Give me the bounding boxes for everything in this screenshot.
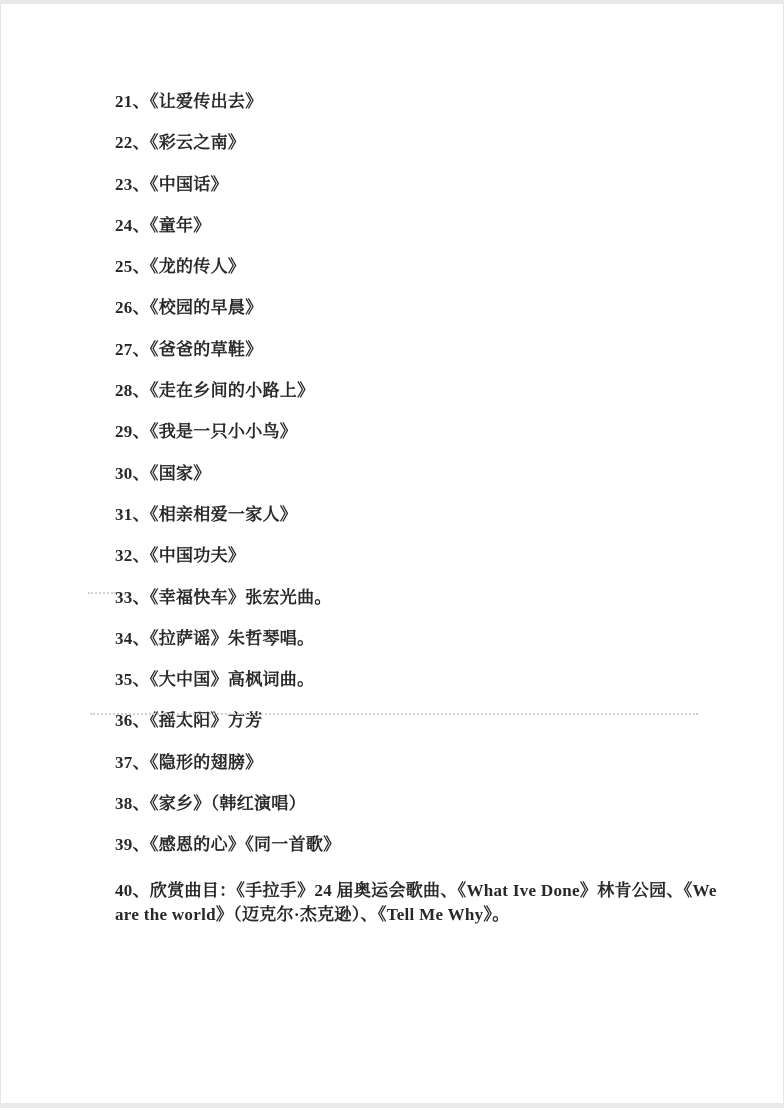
scan-artifact-dotted-line-long — [90, 713, 698, 715]
song-list: 21、《让爱传出去》 22、《彩云之南》 23、《中国话》 24、《童年》 25… — [1, 4, 783, 927]
list-item-25: 25、《龙的传人》 — [115, 259, 783, 275]
list-item-24: 24、《童年》 — [115, 218, 783, 234]
list-item-36: 36、《摇太阳》方芳 — [115, 713, 783, 729]
document-canvas: 21、《让爱传出去》 22、《彩云之南》 23、《中国话》 24、《童年》 25… — [0, 0, 784, 1108]
list-item-23: 23、《中国话》 — [115, 177, 783, 193]
list-item-35: 35、《大中国》高枫词曲。 — [115, 672, 783, 688]
list-item-40: 40、欣赏曲目：《手拉手》24 届奥运会歌曲、《What Ive Done》林肯… — [115, 879, 783, 927]
list-item-40-line-2: are the world》（迈克尔·杰克逊）、《Tell Me Why》。 — [115, 903, 783, 927]
list-item-40-line-1: 40、欣赏曲目：《手拉手》24 届奥运会歌曲、《What Ive Done》林肯… — [115, 879, 783, 903]
list-item-31: 31、《相亲相爱一家人》 — [115, 507, 783, 523]
list-item-26: 26、《校园的早晨》 — [115, 300, 783, 316]
list-item-27: 27、《爸爸的草鞋》 — [115, 342, 783, 358]
list-item-22: 22、《彩云之南》 — [115, 135, 783, 151]
list-item-37: 37、《隐形的翅膀》 — [115, 755, 783, 771]
list-item-32: 32、《中国功夫》 — [115, 548, 783, 564]
scan-artifact-dotted-line-short — [88, 592, 116, 594]
document-page: 21、《让爱传出去》 22、《彩云之南》 23、《中国话》 24、《童年》 25… — [0, 4, 784, 1103]
list-item-39: 39、《感恩的心》《同一首歌》 — [115, 837, 783, 853]
list-item-21: 21、《让爱传出去》 — [115, 94, 783, 110]
list-item-30: 30、《国家》 — [115, 466, 783, 482]
list-item-29: 29、《我是一只小小鸟》 — [115, 424, 783, 440]
list-item-28: 28、《走在乡间的小路上》 — [115, 383, 783, 399]
list-item-33: 33、《幸福快车》张宏光曲。 — [115, 590, 783, 606]
list-item-34: 34、《拉萨谣》朱哲琴唱。 — [115, 631, 783, 647]
list-item-38: 38、《家乡》（韩红演唱） — [115, 796, 783, 812]
